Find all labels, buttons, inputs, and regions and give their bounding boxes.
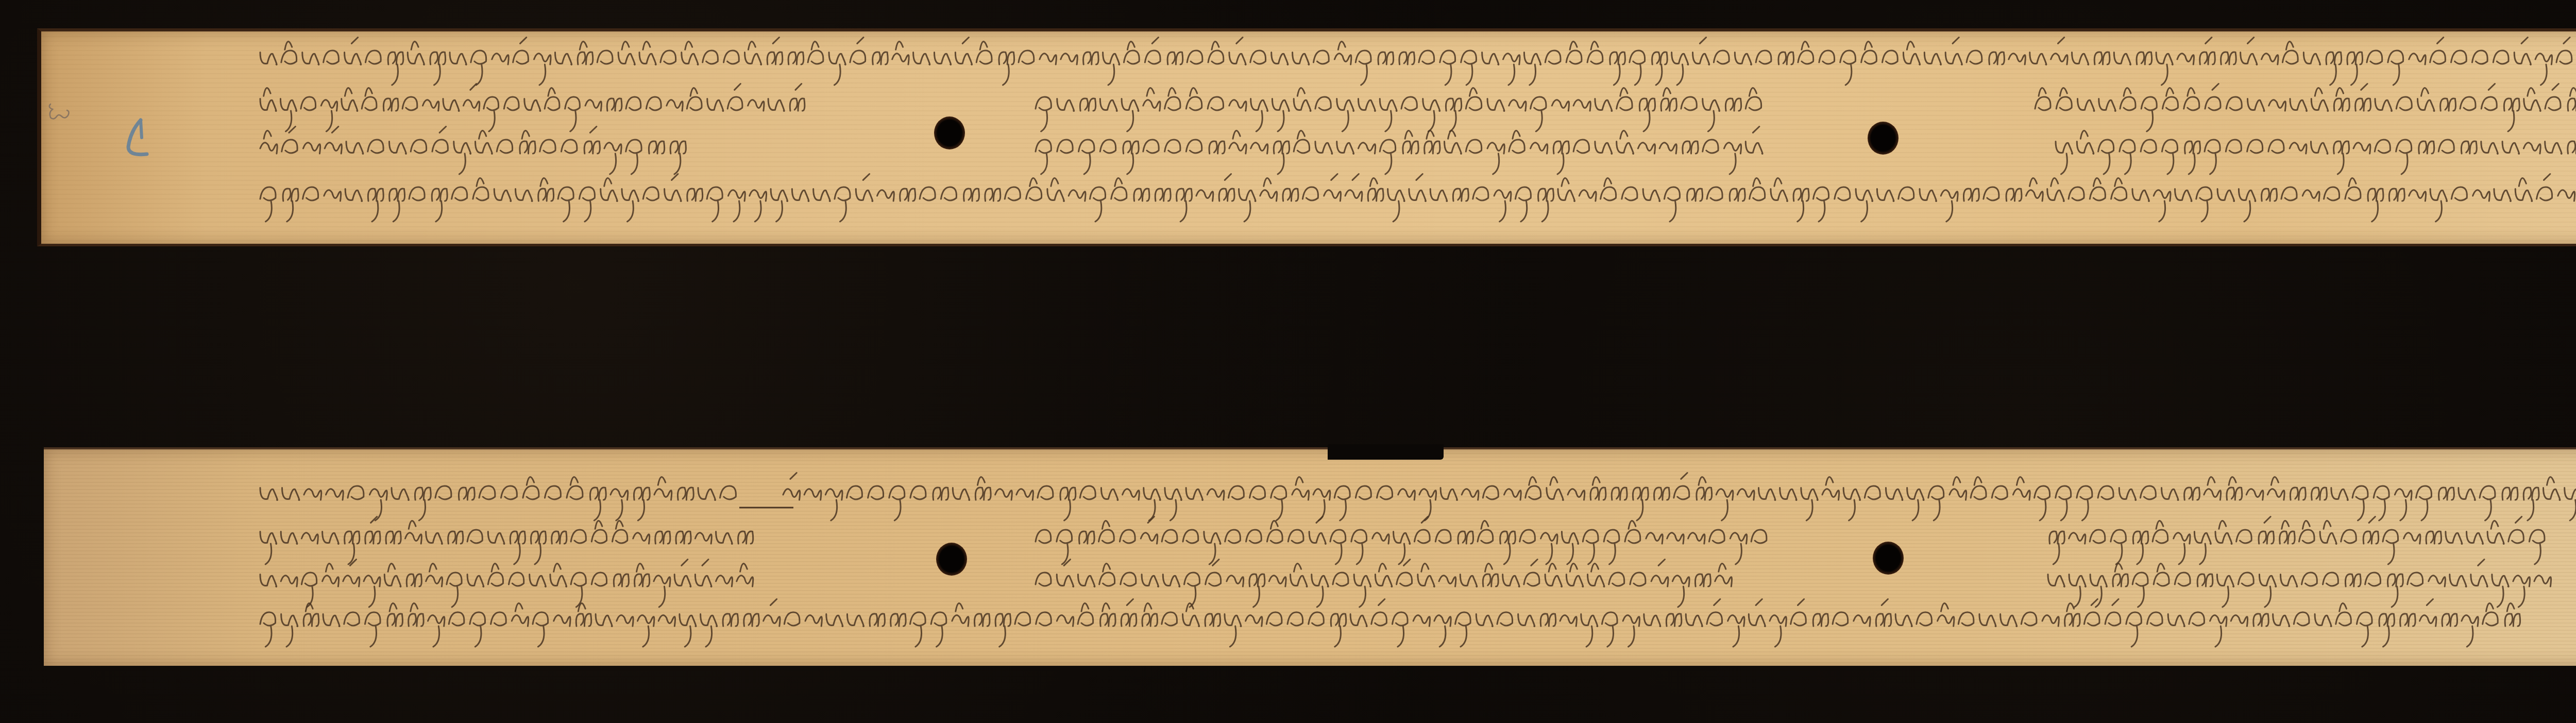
manuscript-line-leaf-2-row-3 (260, 560, 2551, 608)
manuscript-line-leaf-1-row-4 (260, 174, 2576, 222)
manuscript-line-leaf-1-row-1 (260, 38, 2576, 86)
manuscript-line-leaf-2-row-2 (260, 517, 2545, 565)
manuscript-line-leaf-1-row-3 (260, 127, 2576, 175)
manuscript-line-leaf-2-row-1 (260, 473, 2576, 521)
script-text-layer (0, 0, 2576, 723)
manuscript-line-leaf-2-row-4 (260, 599, 2520, 647)
manuscript-line-leaf-1-row-2 (260, 84, 2576, 132)
